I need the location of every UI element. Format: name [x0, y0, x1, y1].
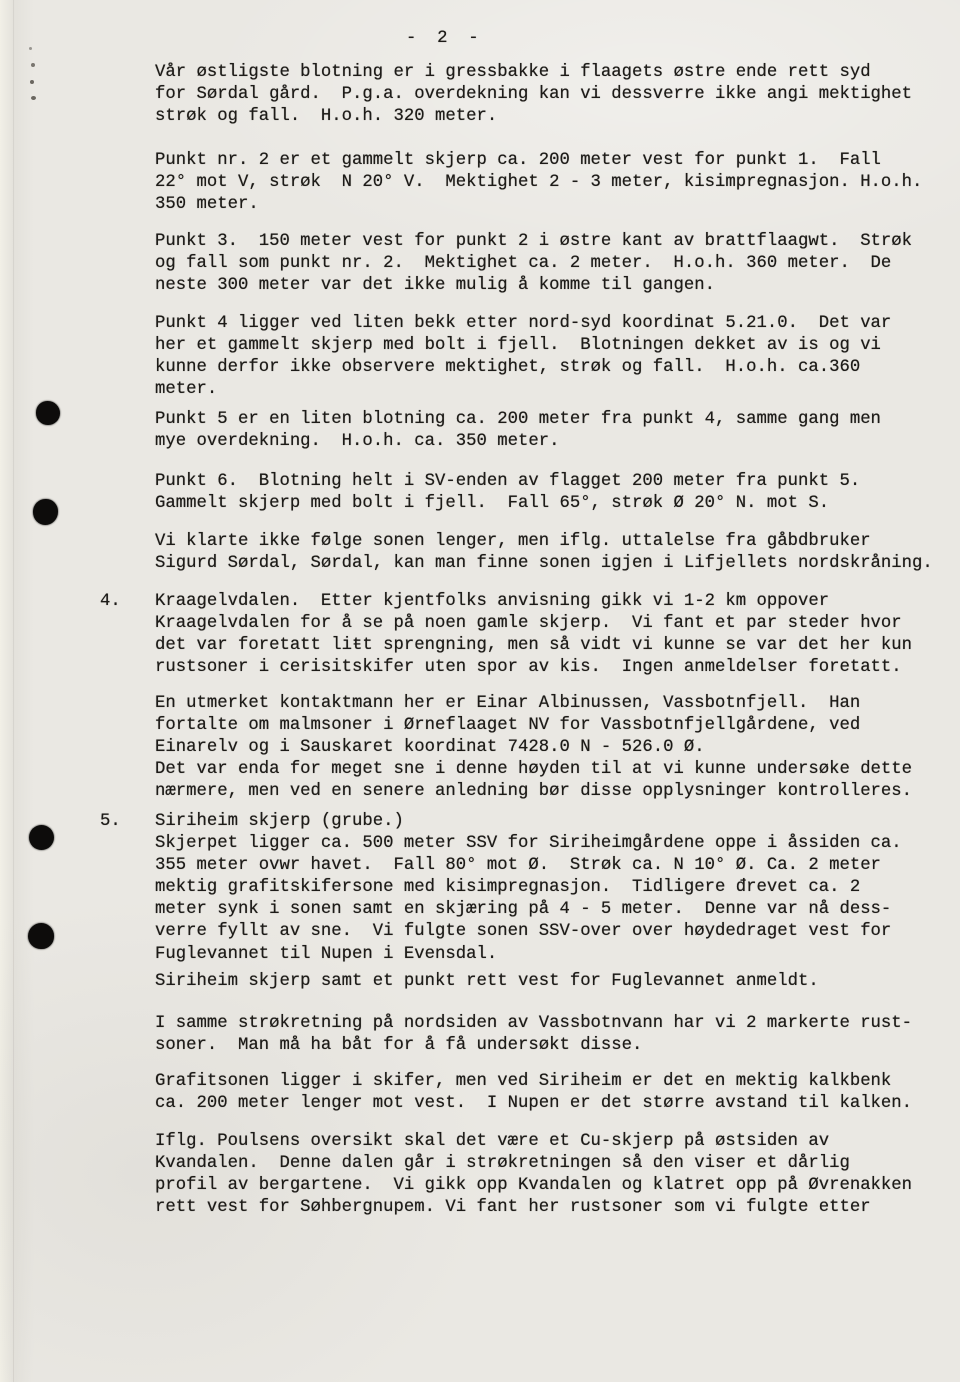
paragraph-punkt-2: Punkt nr. 2 er et gammelt skjerp ca. 200…	[155, 150, 955, 216]
ink-dot	[29, 825, 54, 850]
paragraph-sone-uttalelse: Vi klarte ikke følge sonen lenger, men i…	[155, 531, 955, 575]
ink-speck	[31, 96, 36, 100]
page-left-edge	[13, 0, 14, 1382]
paragraph-siriheim-anmeldt: Siriheim skjerp samt et punkt rett vest …	[155, 971, 955, 993]
paragraph-easternmost-outcrop: Vår østligste blotning er i gressbakke i…	[155, 62, 955, 128]
paragraph-punkt-3: Punkt 3. 150 meter vest for punkt 2 i øs…	[155, 231, 955, 297]
ink-speck	[30, 80, 34, 84]
ink-dot	[28, 923, 54, 949]
page-number: - 2 -	[406, 28, 479, 50]
ink-speck	[31, 63, 35, 67]
paragraph-punkt-6: Punkt 6. Blotning helt i SV-enden av fla…	[155, 471, 955, 515]
ink-dot	[36, 401, 60, 425]
paragraph-item-5-siriheim: Siriheim skjerp (grube.) Skjerpet ligger…	[155, 811, 955, 966]
paragraph-punkt-5: Punkt 5 er en liten blotning ca. 200 met…	[155, 409, 955, 453]
paragraph-rustsoner: I samme strøkretning på nordsiden av Vas…	[155, 1013, 955, 1057]
list-number-4: 4.	[100, 591, 150, 613]
paragraph-kvandalen: Iflg. Poulsens oversikt skal det være et…	[155, 1131, 955, 1219]
paragraph-punkt-4: Punkt 4 ligger ved liten bekk etter nord…	[155, 313, 955, 401]
list-number-5: 5.	[100, 811, 150, 833]
paragraph-grafitsonen: Grafitsonen ligger i skifer, men ved Sir…	[155, 1071, 955, 1115]
paragraph-item-4-kraagelvdalen: Kraagelvdalen. Etter kjentfolks anvisnin…	[155, 591, 955, 679]
ink-speck	[29, 47, 32, 50]
paragraph-kontaktmann: En utmerket kontaktmann her er Einar Alb…	[155, 693, 955, 803]
ink-dot	[33, 499, 58, 525]
